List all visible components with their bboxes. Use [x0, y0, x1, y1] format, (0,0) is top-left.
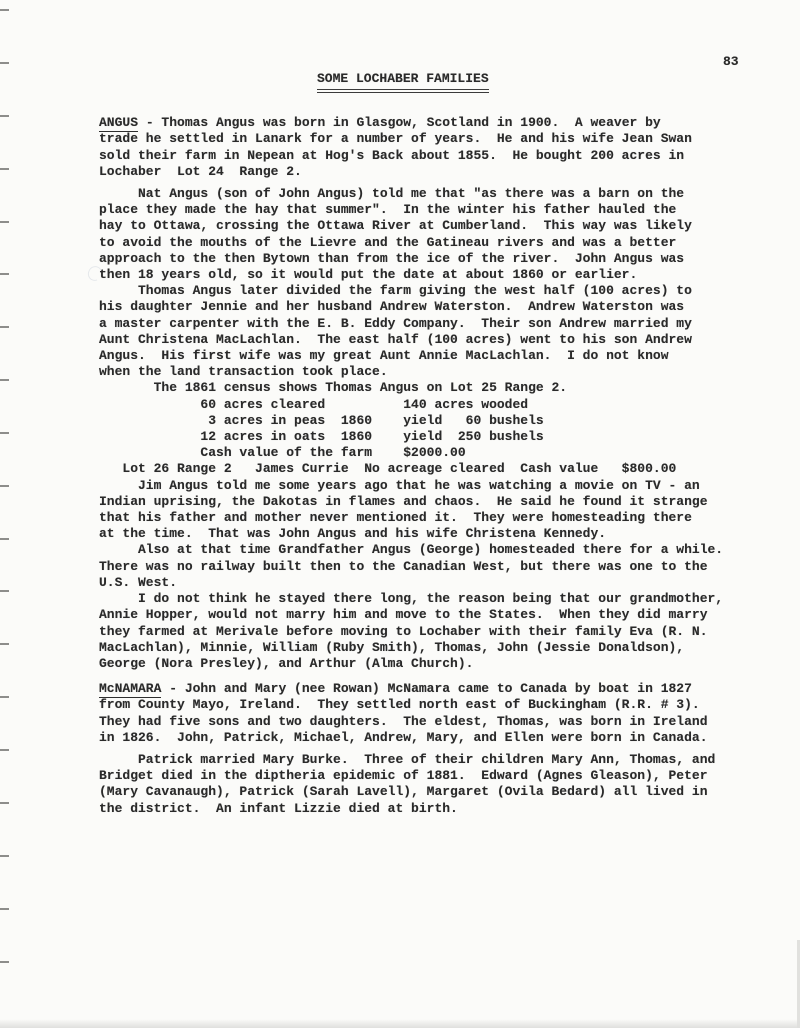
- mcnamara-intro-first-line-rest: - John and Mary (nee Rowan) McNamara cam…: [161, 681, 692, 696]
- edge-tick: [0, 802, 9, 804]
- angus-intro-paragraph: ANGUS - Thomas Angus was born in Glasgow…: [99, 115, 771, 180]
- edge-tick: [0, 9, 9, 11]
- lot26-james-currie-line: Lot 26 Range 2 James Currie No acreage c…: [99, 461, 771, 477]
- document-page: 83 SOME LOCHABER FAMILIES ANGUS - Thomas…: [0, 0, 800, 1028]
- mcnamara-intro-first-line: McNAMARA - John and Mary (nee Rowan) McN…: [99, 681, 771, 697]
- edge-tick: [0, 115, 9, 117]
- edge-tick: [0, 326, 9, 328]
- document-content: SOME LOCHABER FAMILIES ANGUS - Thomas An…: [99, 71, 771, 817]
- angus-intro-first-line: ANGUS - Thomas Angus was born in Glasgow…: [99, 115, 771, 131]
- angus-intro-lines: trade he settled in Lanark for a number …: [99, 131, 771, 180]
- angus-nat-paragraph: Nat Angus (son of John Angus) told me th…: [99, 186, 771, 283]
- angus-1861-census-block: The 1861 census shows Thomas Angus on Lo…: [99, 380, 771, 461]
- scan-bottom-edge: [0, 1019, 800, 1028]
- angus-grandmother-paragraph: I do not think he stayed there long, the…: [99, 591, 771, 672]
- document-title: SOME LOCHABER FAMILIES: [317, 71, 489, 93]
- edge-tick: [0, 273, 9, 275]
- edge-tick: [0, 855, 9, 857]
- edge-tick: [0, 961, 9, 963]
- edge-tick: [0, 168, 9, 170]
- edge-tick: [0, 485, 9, 487]
- mcnamara-heading: McNAMARA: [99, 681, 161, 698]
- angus-heading: ANGUS: [99, 115, 138, 132]
- page-number: 83: [723, 54, 739, 70]
- edge-tick: [0, 908, 9, 910]
- document-title-row: SOME LOCHABER FAMILIES: [99, 71, 771, 93]
- mcnamara-patrick-paragraph: Patrick married Mary Burke. Three of the…: [99, 752, 771, 817]
- edge-tick: [0, 379, 9, 381]
- edge-tick: [0, 749, 9, 751]
- edge-tick: [0, 643, 9, 645]
- edge-tick: [0, 221, 9, 223]
- edge-tick: [0, 538, 9, 540]
- angus-jim-paragraph: Jim Angus told me some years ago that he…: [99, 478, 771, 543]
- angus-intro-first-line-rest: - Thomas Angus was born in Glasgow, Scot…: [138, 115, 661, 130]
- edge-tick: [0, 590, 9, 592]
- angus-division-paragraph: Thomas Angus later divided the farm givi…: [99, 283, 771, 380]
- angus-grandfather-paragraph: Also at that time Grandfather Angus (Geo…: [99, 542, 771, 591]
- edge-tick: [0, 696, 9, 698]
- edge-tick: [0, 432, 9, 434]
- edge-tick: [0, 62, 9, 64]
- mcnamara-intro-paragraph: McNAMARA - John and Mary (nee Rowan) McN…: [99, 681, 771, 746]
- mcnamara-intro-lines: from County Mayo, Ireland. They settled …: [99, 697, 771, 746]
